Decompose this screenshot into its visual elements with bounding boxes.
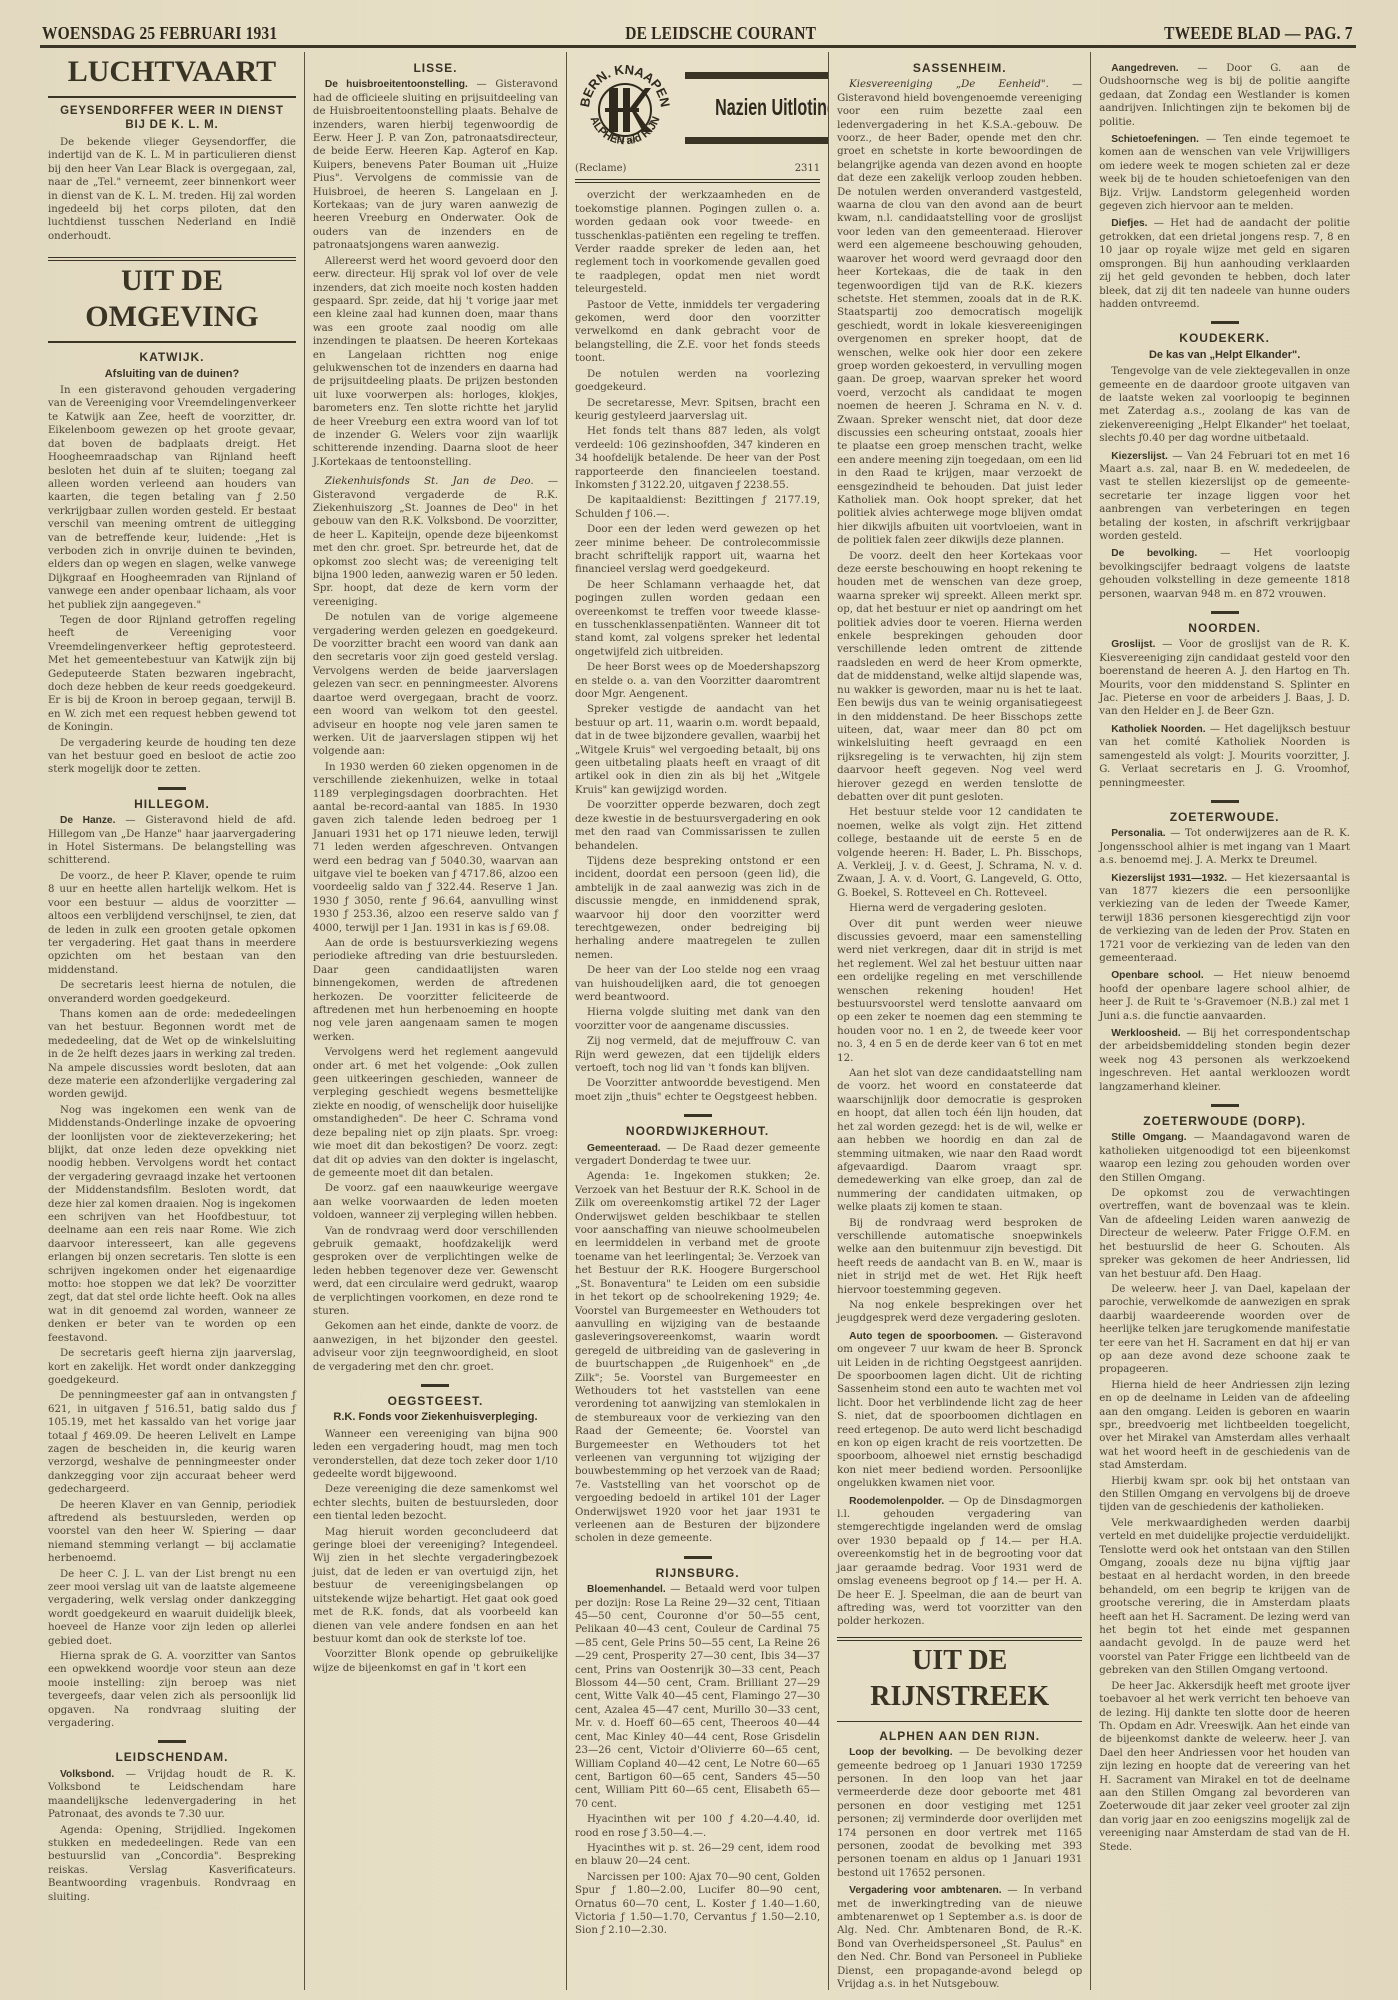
article-paragraph: De Hanze. — Gisteravond hield de afd. Hi… xyxy=(48,814,296,868)
article-paragraph: Roodemolenpolder. — Op de Dinsdagmorgen … xyxy=(837,1495,1082,1629)
article-lead: Roodemolenpolder. xyxy=(849,1496,944,1507)
ad-label: (Reclame) xyxy=(575,162,626,175)
separator xyxy=(158,1740,186,1743)
article-paragraph: Gekomen aan het einde, dankte de voorz. … xyxy=(313,1320,558,1374)
article-lead: Vergadering voor ambtenaren. xyxy=(849,1885,1001,1896)
masthead-paper-title: DE LEIDSCHE COURANT xyxy=(625,23,816,44)
article-paragraph: De opkomst zou de verwachtingen overtref… xyxy=(1099,1187,1350,1281)
place-heading-hillegom: HILLEGOM. xyxy=(48,798,296,811)
article-paragraph: Ziekenhuisfonds St. Jan de Deo. — Gister… xyxy=(313,475,558,609)
article-lead: Loop der bevolking. xyxy=(849,1747,952,1758)
place-heading-koudekerk: KOUDEKERK. xyxy=(1099,332,1350,345)
article-paragraph: Bloemenhandel. — Betaald werd voor tulpe… xyxy=(575,1583,820,1811)
place-heading-katwijk: KATWIJK. xyxy=(48,351,296,364)
article-lead: Kiezerslijst 1931—1932. xyxy=(1111,873,1227,884)
article-paragraph: De voorz. deelt den heer Kortekaas voor … xyxy=(837,550,1082,805)
ad-title: Nazien Uitlotingen xyxy=(715,101,828,114)
article-paragraph: Openbare school. — Het nieuw benoemd hoo… xyxy=(1099,969,1350,1023)
article-lead: Kiesvereeniging „De Eenheid". xyxy=(849,79,1049,90)
article-paragraph: Hierna volgde sluiting met dank van den … xyxy=(575,1006,820,1033)
article-lead: Groslijst. xyxy=(1111,639,1155,650)
article-paragraph: De heer van der Loo stelde nog een vraag… xyxy=(575,964,820,1004)
article-paragraph: Zij nog vermeld, dat de mejuffrouw C. va… xyxy=(575,1035,820,1075)
article-lead: Katholiek Noorden. xyxy=(1111,724,1205,735)
article-paragraph: Van de rondvraag werd door verschillende… xyxy=(313,1225,558,1319)
article-paragraph: In een gisteravond gehouden vergadering … xyxy=(48,384,296,612)
article-paragraph: Katholiek Noorden. — Het dagelijksch bes… xyxy=(1099,723,1350,790)
article-paragraph: Gemeenteraad. — De Raad dezer gemeente v… xyxy=(575,1142,820,1169)
column-3: BERN. KNAAPEN ALPHEN a/d RIJN TEL 161 Na… xyxy=(566,52,828,1990)
article-lead: Diefjes. xyxy=(1111,218,1147,229)
place-heading-zoeterwoude: ZOETERWOUDE. xyxy=(1099,811,1350,824)
separator xyxy=(421,1384,449,1387)
columns: LUCHTVAART GEYSENDORFFER WEER IN DIENST … xyxy=(40,52,1358,1990)
article-paragraph: Werkloosheid. — Bij het correspondentsch… xyxy=(1099,1027,1350,1094)
article-lead: Werkloosheid. xyxy=(1111,1028,1180,1039)
article-paragraph: De weleerw. heer J. van Dael, kapelaan d… xyxy=(1099,1283,1350,1377)
separator xyxy=(1211,611,1239,614)
article-paragraph: De secretaris geeft hierna zijn jaarvers… xyxy=(48,1347,296,1387)
article-paragraph: Kiezerslijst. — Van 24 Februari tot en m… xyxy=(1099,450,1350,544)
article-lead: Kiezerslijst. xyxy=(1111,451,1168,462)
article-paragraph: In 1930 werden 60 zieken opgenomen in de… xyxy=(313,761,558,935)
article-paragraph: Tijdens deze bespreking ontstond er een … xyxy=(575,855,820,962)
separator xyxy=(684,1556,712,1559)
article-text: — Gisteravond om ongeveer 7 uur kwam de … xyxy=(837,1331,1082,1489)
masthead: WOENSDAG 25 FEBRUARI 1931 DE LEIDSCHE CO… xyxy=(42,18,1353,44)
article-paragraph: Kiezerslijst 1931—1932. — Het kiezersaan… xyxy=(1099,872,1350,966)
article-paragraph: De heer Jac. Akkersdijk heeft met groote… xyxy=(1099,1680,1350,1854)
masthead-date: WOENSDAG 25 FEBRUARI 1931 xyxy=(42,23,277,44)
article-text: — In verband met de inwerkingtreding van… xyxy=(837,1885,1082,1990)
masthead-page-number: TWEEDE BLAD — PAG. 7 xyxy=(1164,23,1353,44)
separator xyxy=(684,1114,712,1117)
article-paragraph: De bevolking. — Het voorloopig bevolking… xyxy=(1099,547,1350,601)
article-paragraph: De notulen werden na voorlezing goedgeke… xyxy=(575,368,820,395)
article-paragraph: Over dit punt werden weer nieuwe discuss… xyxy=(837,918,1082,1065)
article-paragraph: Na nog enkele besprekingen over het jeug… xyxy=(837,1299,1082,1326)
article-paragraph: Hierna hield de heer Andriessen zijn lez… xyxy=(1099,1379,1350,1473)
article-paragraph: De heer Borst wees op de Moedershapszorg… xyxy=(575,661,820,701)
article-paragraph: De Voorzitter antwoordde bevestigend. Me… xyxy=(575,1077,820,1104)
article-lead: Bloemenhandel. xyxy=(587,1584,666,1595)
article-lead: Schietoefeningen. xyxy=(1111,134,1199,145)
article-paragraph: De penningmeester gaf aan in ontvangsten… xyxy=(48,1389,296,1496)
decorative-bar xyxy=(685,137,828,144)
article-text: — Gisteravond had de officieele sluiting… xyxy=(313,79,558,251)
article-lead: Personalia. xyxy=(1111,828,1165,839)
article-headline: GEYSENDORFFER WEER IN DIENST BIJ DE K. L… xyxy=(48,104,296,132)
article-lead: Ziekenhuisfonds St. Jan de Deo. xyxy=(325,476,534,487)
ad-number: 2311 xyxy=(795,162,820,175)
article-lead: Stille Omgang. xyxy=(1111,1132,1186,1143)
article-text: — Gisteravond vergaderde de R.K. Ziekenh… xyxy=(313,476,558,608)
article-text: — Op de Dinsdagmorgen l.l. gehouden verg… xyxy=(837,1496,1082,1628)
column-4: SASSENHEIM. Kiesvereeniging „De Eenheid"… xyxy=(828,52,1090,1990)
article-paragraph: Agenda: 1e. Ingekomen stukken; 2e. Verzo… xyxy=(575,1170,820,1545)
place-heading-noordwijkerhout: NOORDWIJKERHOUT. xyxy=(575,1125,820,1138)
separator xyxy=(1211,321,1239,324)
article-paragraph: Aan de orde is bestuursverkiezing wegens… xyxy=(313,937,558,1044)
article-paragraph: Voorzitter Blonk opende op gebruikelijke… xyxy=(313,1648,558,1675)
masthead-rule xyxy=(40,45,1356,48)
advertisement: BERN. KNAAPEN ALPHEN a/d RIJN TEL 161 Na… xyxy=(575,52,820,183)
article-paragraph: Vele merkwaardigheden werden daarbij ver… xyxy=(1099,1517,1350,1678)
article-lead: Volksbond. xyxy=(60,1769,114,1780)
column-2: LISSE. De huisbroeitentoonstelling. — Gi… xyxy=(304,52,566,1990)
article-paragraph: Het fonds telt thans 887 leden, als volg… xyxy=(575,425,820,492)
article-paragraph: Hierna werd de vergadering gesloten. xyxy=(837,902,1082,915)
article-text: — Gisteravond hield bovengenoemde vereen… xyxy=(837,79,1082,546)
place-heading-rijnsburg: RIJNSBURG. xyxy=(575,1567,820,1580)
decorative-bar xyxy=(685,72,828,79)
article-paragraph: Vergadering voor ambtenaren. — In verban… xyxy=(837,1884,1082,1990)
article-text: — Betaald werd voor tulpen per dozijn: R… xyxy=(575,1584,820,1810)
article-text: — De bevolking dezer gemeente bedroeg op… xyxy=(837,1747,1082,1879)
article-lead: Gemeenteraad. xyxy=(587,1143,661,1154)
article-paragraph: Pastoor de Vette, inmiddels ter vergader… xyxy=(575,299,820,366)
article-paragraph: De kapitaaldienst: Bezittingen ƒ 2177.19… xyxy=(575,494,820,521)
place-heading-alphen: ALPHEN AAN DEN RIJN. xyxy=(837,1730,1082,1743)
article-paragraph: De notulen van de vorige algemeene verga… xyxy=(313,611,558,758)
article-lead: Openbare school. xyxy=(1111,970,1203,981)
article-lead: De Hanze. xyxy=(60,815,115,826)
article-paragraph: Hierna sprak de G. A. voorzitter van San… xyxy=(48,1650,296,1730)
article-paragraph: Narcissen per 100: Ajax 70—90 cent, Gold… xyxy=(575,1871,820,1938)
article-paragraph: De secretaresse, Mevr. Spitsen, bracht e… xyxy=(575,397,820,424)
article-paragraph: De voorz. gaf een naauwkeurige weergave … xyxy=(313,1182,558,1222)
article-paragraph: Auto tegen de spoorboomen. — Gisteravond… xyxy=(837,1330,1082,1491)
article-text: — Het had de aandacht der politie getrok… xyxy=(1099,218,1350,309)
article-paragraph: Nog was ingekomen een wenk van de Midden… xyxy=(48,1104,296,1345)
article-paragraph: Diefjes. — Het had de aandacht der polit… xyxy=(1099,217,1350,311)
article-paragraph: Tegen de door Rijnland getroffen regelin… xyxy=(48,614,296,735)
article-paragraph: Schietoefeningen. — Ten einde tegemoet t… xyxy=(1099,133,1350,213)
article-paragraph: Door een der leden werd gewezen op het z… xyxy=(575,523,820,577)
article-body: De bekende vlieger Geysendorffer, die in… xyxy=(48,136,296,243)
article-paragraph: De heer Schlamann verhaagde het, dat pog… xyxy=(575,579,820,659)
section-heading-luchtvaart: LUCHTVAART xyxy=(48,52,296,98)
section-heading-uit-de-omgeving: UIT DE OMGEVING xyxy=(48,257,296,343)
article-paragraph: De heer C. J. L. van der List brengt nu … xyxy=(48,1568,296,1648)
separator xyxy=(158,787,186,790)
article-paragraph: Het bestuur stelde voor 12 candidaten te… xyxy=(837,806,1082,900)
article-paragraph: De voorz., de heer P. Klaver, opende te … xyxy=(48,870,296,977)
article-paragraph: Personalia. — Tot onderwijzeres aan de R… xyxy=(1099,827,1350,867)
place-heading-lisse: LISSE. xyxy=(313,62,558,75)
article-paragraph: Deze vereeniging die deze samenkomst wel… xyxy=(313,1483,558,1523)
article-text: — Van 24 Februari tot en met 16 Maart a.… xyxy=(1099,451,1350,542)
newspaper-page: WOENSDAG 25 FEBRUARI 1931 DE LEIDSCHE CO… xyxy=(0,0,1398,2000)
article-paragraph: Kiesvereeniging „De Eenheid". — Gisterav… xyxy=(837,78,1082,547)
article-paragraph: Bij de rondvraag werd besproken de versc… xyxy=(837,1217,1082,1297)
article-lead: Aangedreven. xyxy=(1111,63,1178,74)
column-1: LUCHTVAART GEYSENDORFFER WEER IN DIENST … xyxy=(40,52,304,1990)
article-paragraph: Vervolgens werd het reglement aangevuld … xyxy=(313,1046,558,1180)
article-paragraph: Volksbond. — Vrijdag houdt de R. K. Volk… xyxy=(48,1768,296,1822)
article-paragraph: Hyacinthen wit per 100 ƒ 4.20—4.40, id. … xyxy=(575,1813,820,1840)
article-paragraph: Agenda: Opening, Strijdlied. Ingekomen s… xyxy=(48,1824,296,1904)
article-subheading: R.K. Fonds voor Ziekenhuisverpleging. xyxy=(313,1411,558,1424)
article-lead: De bevolking. xyxy=(1111,548,1197,559)
separator xyxy=(1211,800,1239,803)
article-paragraph: Stille Omgang. — Maandagavond waren de k… xyxy=(1099,1131,1350,1185)
place-heading-oegstgeest: OEGSTGEEST. xyxy=(313,1395,558,1408)
article-paragraph: Groslijst. — Voor de groslijst van de R.… xyxy=(1099,638,1350,718)
article-text: — Het kiezersaantal is van 1877 kiezers … xyxy=(1099,873,1350,964)
article-paragraph: De vergadering keurde de houding ten dez… xyxy=(48,737,296,777)
place-heading-leidschendam: LEIDSCHENDAM. xyxy=(48,1751,296,1764)
section-heading-uit-de-rijnstreek: UIT DE RIJNSTREEK xyxy=(837,1637,1082,1722)
article-paragraph: Tengevolge van de vele ziektegevallen in… xyxy=(1099,365,1350,445)
article-lead: Auto tegen de spoorboomen. xyxy=(849,1331,998,1342)
article-subheading: Afsluiting van de duinen? xyxy=(48,368,296,381)
article-paragraph: De voorzitter opperde bezwaren, doch zeg… xyxy=(575,799,820,853)
article-lead: De huisbroeitentoonstelling. xyxy=(325,79,468,90)
knaapen-logo: BERN. KNAAPEN ALPHEN a/d RIJN TEL 161 xyxy=(575,58,675,158)
article-paragraph: De huisbroeitentoonstelling. — Gisteravo… xyxy=(313,78,558,252)
article-paragraph: De heeren Klaver en van Gennip, periodie… xyxy=(48,1499,296,1566)
separator xyxy=(1211,1104,1239,1107)
article-paragraph: overzicht der werkzaamheden en de toekom… xyxy=(575,189,820,296)
article-paragraph: Mag hieruit worden geconcludeerd dat ger… xyxy=(313,1526,558,1647)
place-heading-sassenheim: SASSENHEIM. xyxy=(837,62,1082,75)
article-paragraph: Loop der bevolking. — De bevolking dezer… xyxy=(837,1746,1082,1880)
svg-text:TEL 161: TEL 161 xyxy=(614,138,637,144)
article-paragraph: De secretaris leest hierna de notulen, d… xyxy=(48,979,296,1006)
place-heading-zoeterwoude-dorp: ZOETERWOUDE (DORP). xyxy=(1099,1115,1350,1128)
article-paragraph: Aangedreven. — Door G. aan de Oudshoorns… xyxy=(1099,62,1350,129)
article-paragraph: Allereerst werd het woord gevoerd door d… xyxy=(313,255,558,470)
place-heading-noorden: NOORDEN. xyxy=(1099,622,1350,635)
article-paragraph: Hierbij kwam spr. ook bij het ontstaan v… xyxy=(1099,1475,1350,1515)
column-5: Aangedreven. — Door G. aan de Oudshoorns… xyxy=(1090,52,1358,1990)
article-paragraph: Thans komen aan de orde: mededeelingen v… xyxy=(48,1008,296,1102)
article-paragraph: Hyacinthes wit p. st. 26—29 cent, idem r… xyxy=(575,1842,820,1869)
article-text: — Ten einde tegemoet te komen aan de wen… xyxy=(1099,134,1350,212)
article-paragraph: Aan het slot van deze candidaatstelling … xyxy=(837,1067,1082,1214)
article-text: — Voor de groslijst van de R. K. Kiesver… xyxy=(1099,639,1350,717)
article-subheading: De kas van „Helpt Elkander". xyxy=(1099,349,1350,362)
article-paragraph: Wanneer een vereeniging van bijna 900 le… xyxy=(313,1428,558,1482)
article-paragraph: Spreker vestigde de aandacht van het bes… xyxy=(575,703,820,797)
